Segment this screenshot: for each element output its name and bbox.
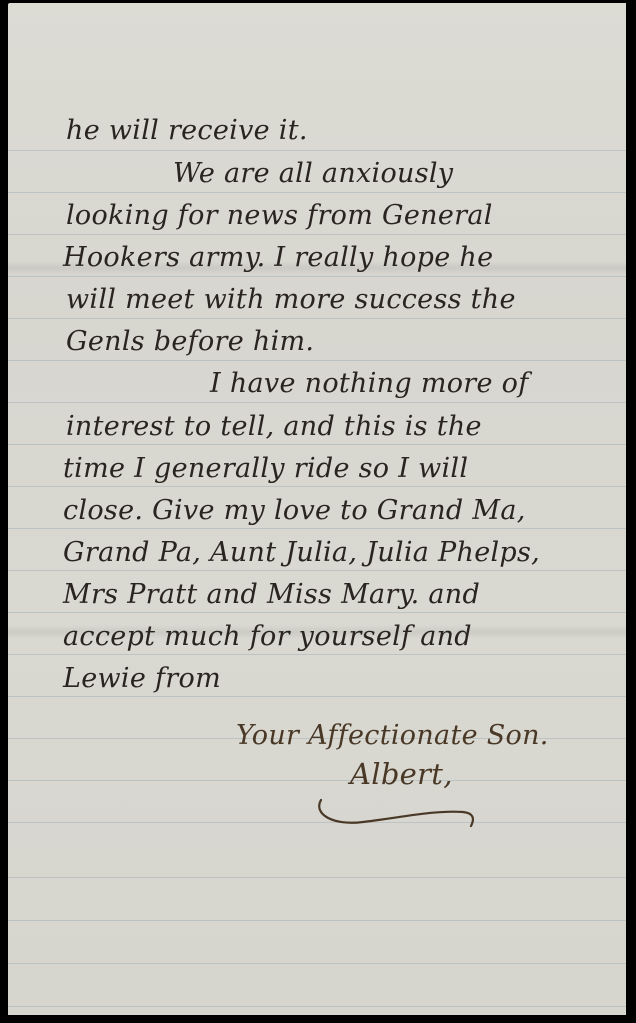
letter-line: time I generally ride so I will <box>63 453 468 484</box>
letter-line: Lewie from <box>63 663 221 694</box>
ruled-line <box>8 192 626 193</box>
ruled-line <box>8 150 626 151</box>
letter-line: Mrs Pratt and Miss Mary. and <box>63 579 480 610</box>
ruled-line <box>8 1006 626 1007</box>
ruled-line <box>8 528 626 529</box>
letter-page: he will receive it. We are all anxiously… <box>8 3 626 1015</box>
ruled-line <box>8 654 626 655</box>
letter-line: accept much for yourself and <box>63 621 472 652</box>
ruled-line <box>8 402 626 403</box>
ruled-line <box>8 486 626 487</box>
signature-flourish-icon <box>313 796 483 832</box>
ruled-line <box>8 696 626 697</box>
letter-line: We are all anxiously <box>173 158 453 189</box>
letter-line: close. Give my love to Grand Ma, <box>63 495 526 526</box>
valediction: Your Affectionate Son. <box>236 720 549 751</box>
ruled-line <box>8 318 626 319</box>
ruled-line <box>8 963 626 964</box>
letter-line: Genls before him. <box>66 326 314 357</box>
letter-line: I have nothing more of <box>210 368 529 399</box>
ruled-line <box>8 570 626 571</box>
ruled-line <box>8 920 626 921</box>
signature: Albert, <box>350 757 453 791</box>
ruled-line <box>8 780 626 781</box>
ruled-line <box>8 877 626 878</box>
ruled-line <box>8 612 626 613</box>
ruled-line <box>8 234 626 235</box>
letter-line: looking for news from General <box>66 200 493 231</box>
letter-line: will meet with more success the <box>66 284 516 315</box>
letter-line: he will receive it. <box>66 115 308 146</box>
letter-line: Grand Pa, Aunt Julia, Julia Phelps, <box>63 537 540 568</box>
ruled-line <box>8 360 626 361</box>
ruled-line <box>8 276 626 277</box>
letter-line: interest to tell, and this is the <box>66 411 482 442</box>
letter-line: Hookers army. I really hope he <box>63 242 493 273</box>
ruled-line <box>8 444 626 445</box>
